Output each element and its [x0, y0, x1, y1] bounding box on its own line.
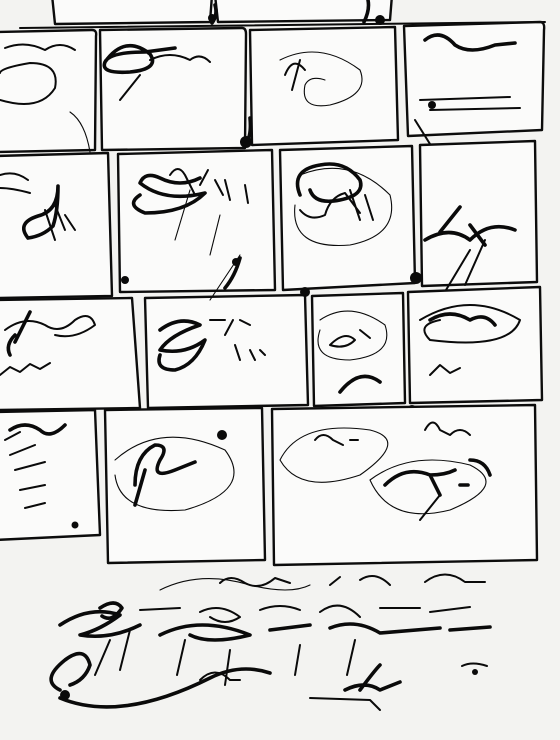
grid-row-4: [0, 405, 537, 565]
brick-grid-drawing: [0, 0, 560, 740]
free-script-block: [51, 575, 490, 711]
grid-row-2: [0, 141, 537, 300]
ink-artwork: Abstract calligraphic ink drawing: hand-…: [0, 0, 560, 740]
